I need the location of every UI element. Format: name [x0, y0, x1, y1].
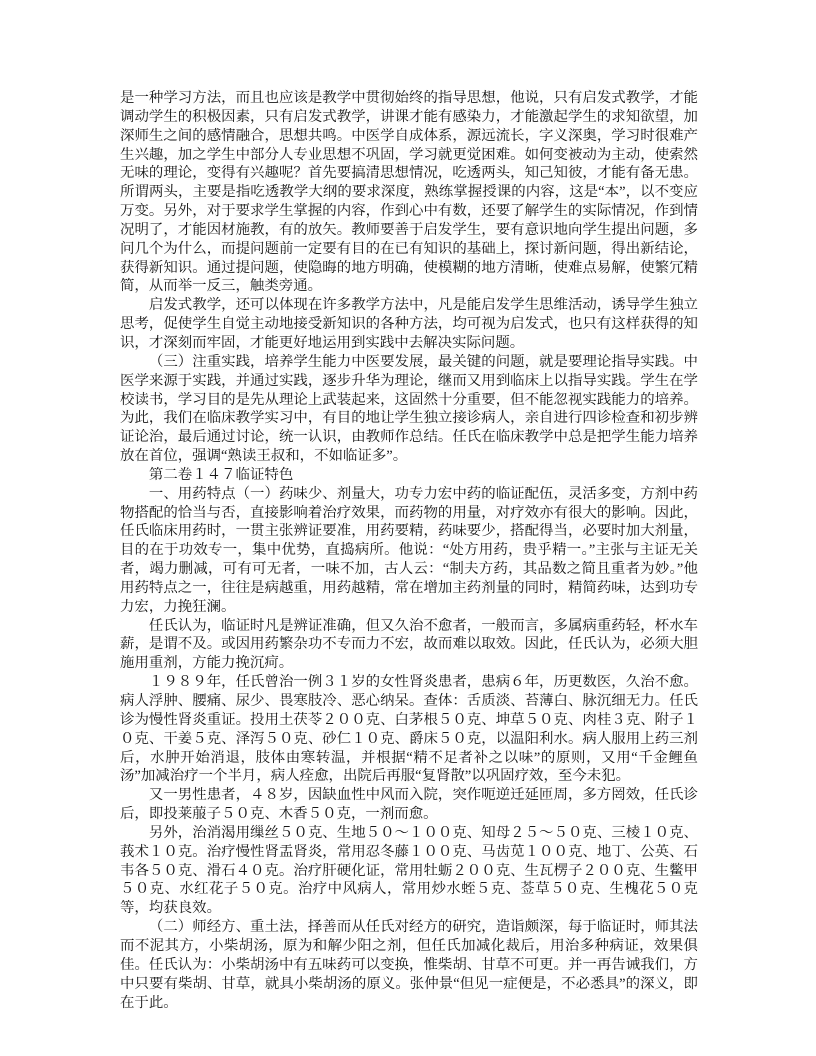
paragraph-classic-formulas: （二）师经方、重土法，择善而从任氏对经方的研究，造诣颇深，每于临证时，师其法而不…: [120, 918, 698, 1012]
document-page: 是一种学习方法，而且也应该是教学中贯彻始终的指导思想，他说，只有启发式教学，才能…: [0, 0, 816, 1056]
section-heading-volume2: 第二卷１４７临证特色: [120, 466, 698, 485]
paragraph-heavy-dosage: 任氏认为，临证时凡是辨证准确，但又久治不愈者，一般而言，多属病重药轻，杯水车薪，…: [120, 617, 698, 674]
paragraph-nephritis-case: １９８９年，任氏曾治一例３１岁的女性肾炎患者，患病６年，历更数医，久治不愈。病人…: [120, 673, 698, 786]
paragraph-continuation: 是一种学习方法，而且也应该是教学中贯彻始终的指导思想，他说，只有启发式教学，才能…: [120, 89, 698, 296]
text-column: 是一种学习方法，而且也应该是教学中贯彻始终的指导思想，他说，只有启发式教学，才能…: [120, 89, 698, 1012]
paragraph-heuristic-teaching: 启发式教学，还可以体现在许多教学方法中，凡是能启发学生思维活动，诱导学生独立思考…: [120, 296, 698, 353]
paragraph-medication-features: 一、用药特点（一）药味少、剂量大，功专力宏中药的临证配伍，灵活多变，方剂中药物搭…: [120, 485, 698, 617]
paragraph-male-patient-case: 又一男性患者，４８岁，因缺血性中风而入院，突作呃逆迁延匝周，多方罔效，任氏诊后，…: [120, 786, 698, 824]
paragraph-practice-emphasis: （三）注重实践，培养学生能力中医要发展，最关键的问题，就是要理论指导实践。中医学…: [120, 353, 698, 466]
paragraph-other-prescriptions: 另外，治消渴用缫丝５０克、生地５０～１００克、知母２５～５０克、三棱１０克、莪术…: [120, 824, 698, 918]
